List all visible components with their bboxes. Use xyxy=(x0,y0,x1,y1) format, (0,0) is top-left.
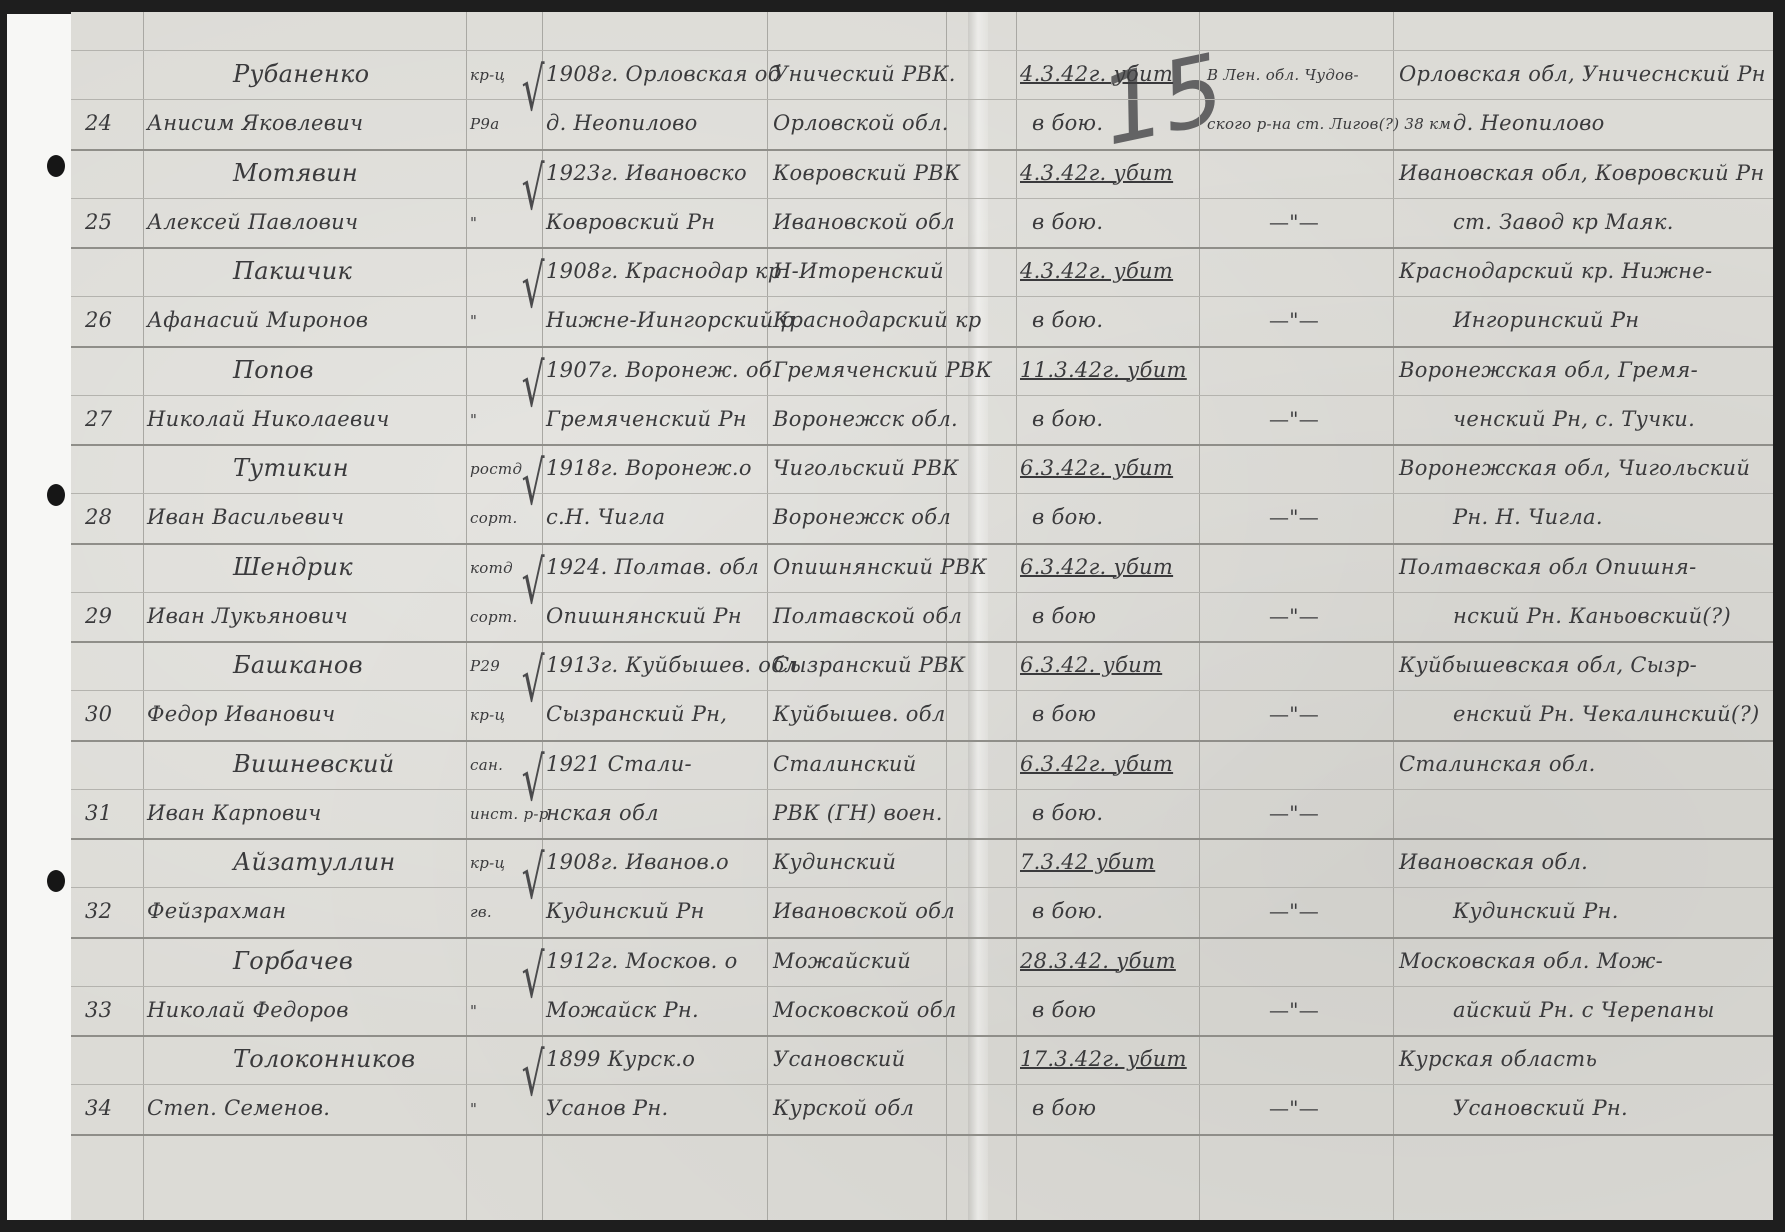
row-number: 25 xyxy=(85,212,112,233)
given-name: Николай Федоров xyxy=(147,1000,349,1021)
drafted-line-1: Сталинский xyxy=(773,754,917,775)
column-rule xyxy=(466,12,467,1220)
row-number: 24 xyxy=(85,113,112,134)
rank-line-2: кр-ц xyxy=(470,708,505,723)
drafted-line-2: Воронежск обл. xyxy=(773,409,958,430)
death-line-1: 17.3.42г. убит xyxy=(1020,1049,1187,1070)
drafted-line-1: Сызранский РВК xyxy=(773,655,965,676)
given-name: Алексей Павлович xyxy=(147,212,358,233)
birth-line-2: Усанов Рн. xyxy=(546,1098,668,1119)
checkmark-icon: √ xyxy=(522,947,545,1007)
top-rule xyxy=(71,50,1773,51)
death-line-1: 28.3.42. убит xyxy=(1020,951,1176,972)
address-line-1: Курская область xyxy=(1399,1049,1597,1070)
row-number: 29 xyxy=(85,606,112,627)
birth-line-1: 1899 Курск.о xyxy=(546,1049,695,1070)
birth-line-2: Можайск Рн. xyxy=(546,1000,699,1021)
row-number: 28 xyxy=(85,507,112,528)
given-name: Иван Васильевич xyxy=(147,507,344,528)
ditto-mark: —"— xyxy=(1269,606,1319,626)
row-rule xyxy=(71,395,1773,396)
drafted-line-2: Московской обл xyxy=(773,1000,957,1021)
address-line-1: Ивановская обл, Ковровский Рн xyxy=(1399,163,1764,184)
checkmark-icon: √ xyxy=(522,159,545,219)
death-line-1: 4.3.42г. убит xyxy=(1020,163,1173,184)
column-rule xyxy=(1016,12,1017,1220)
death-line-1: 6.3.42г. убит xyxy=(1020,754,1173,775)
scan-margin-strip xyxy=(7,14,71,1220)
ditto-mark: —"— xyxy=(1269,1000,1319,1020)
birth-line-1: 1921 Стали- xyxy=(546,754,692,775)
address-line-2: ченский Рн, с. Тучки. xyxy=(1453,409,1695,430)
birth-line-1: 1912г. Москов. о xyxy=(546,951,738,972)
rank-line-1: кр-ц xyxy=(470,856,505,871)
rank-line-2: сорт. xyxy=(470,511,518,526)
row-rule xyxy=(71,198,1773,199)
row-divider xyxy=(71,740,1773,742)
address-line-2: енский Рн. Чекалинский(?) xyxy=(1453,704,1760,725)
rank-line-1: Р29 xyxy=(470,659,500,674)
page-fold xyxy=(968,12,988,1220)
address-line-1: Краснодарский кр. Нижне- xyxy=(1399,261,1712,282)
checkmark-icon: √ xyxy=(522,60,545,120)
rank-line-2: сорт. xyxy=(470,610,518,625)
row-number: 31 xyxy=(85,803,112,824)
ditto-mark: —"— xyxy=(1269,901,1319,921)
address-line-2: ст. Завод кр Маяк. xyxy=(1453,212,1674,233)
death-line-1: 11.3.42г. убит xyxy=(1020,360,1187,381)
death-line-2: в бою. xyxy=(1032,901,1103,922)
row-divider xyxy=(71,346,1773,348)
rank-line-2: Р9а xyxy=(470,117,499,132)
column-rule xyxy=(1393,12,1394,1220)
surname: Айзатуллин xyxy=(233,850,396,874)
drafted-line-2: Ивановской обл xyxy=(773,212,955,233)
punch-hole xyxy=(47,870,65,892)
given-name: Иван Карпович xyxy=(147,803,322,824)
row-divider xyxy=(71,1035,1773,1037)
row-rule xyxy=(71,887,1773,888)
rank-line-2: " xyxy=(470,1004,477,1019)
address-line-2: Ингоринский Рн xyxy=(1453,310,1639,331)
birth-line-2: с.Н. Чигла xyxy=(546,507,665,528)
birth-line-1: 1908г. Орловская об xyxy=(546,64,781,85)
column-rule xyxy=(767,12,768,1220)
row-rule xyxy=(71,493,1773,494)
birth-line-2: Кудинский Рн xyxy=(546,901,705,922)
punch-hole xyxy=(47,484,65,506)
death-line-2: в бою. xyxy=(1032,803,1103,824)
drafted-line-2: Полтавской обл xyxy=(773,606,962,627)
drafted-line-1: Унический РВК. xyxy=(773,64,956,85)
death-line-1: 4.3.42г. убит xyxy=(1020,261,1173,282)
birth-line-2: Ковровский Рн xyxy=(546,212,715,233)
burial-line-2: ского р-на ст. Лигов(?) 38 км xyxy=(1207,117,1451,132)
birth-line-1: 1913г. Куйбышев. обл xyxy=(546,655,798,676)
row-rule xyxy=(71,1084,1773,1085)
given-name: Фейзрахман xyxy=(147,901,286,922)
drafted-line-2: РВК (ГН) воен. xyxy=(773,803,943,824)
address-line-1: Воронежская обл, Чигольский xyxy=(1399,458,1750,479)
row-divider xyxy=(71,543,1773,545)
given-name: Иван Лукьянович xyxy=(147,606,348,627)
death-line-2: в бою xyxy=(1032,1000,1096,1021)
rank-line-1: сан. xyxy=(470,758,503,773)
birth-line-2: Нижне-Иингорский р xyxy=(546,310,794,331)
address-line-1: Куйбышевская обл, Сызр- xyxy=(1399,655,1697,676)
checkmark-icon: √ xyxy=(522,651,545,711)
address-line-1: Полтавская обл Опишня- xyxy=(1399,557,1696,578)
death-line-1: 6.3.42г. убит xyxy=(1020,458,1173,479)
given-name: Степ. Семенов. xyxy=(147,1098,330,1119)
birth-line-1: 1907г. Воронеж. об xyxy=(546,360,772,381)
address-line-2: Усановский Рн. xyxy=(1453,1098,1628,1119)
punch-hole xyxy=(47,155,65,177)
rank-line-1: кр-ц xyxy=(470,68,505,83)
address-line-2: айский Рн. с Черепаны xyxy=(1453,1000,1715,1021)
ditto-mark: —"— xyxy=(1269,704,1319,724)
birth-line-2: Гремяченский Рн xyxy=(546,409,747,430)
ditto-mark: —"— xyxy=(1269,212,1319,232)
rank-line-2: " xyxy=(470,1102,477,1117)
row-rule xyxy=(71,592,1773,593)
drafted-line-1: Гремяченский РВК xyxy=(773,360,992,381)
surname: Башканов xyxy=(233,653,363,677)
checkmark-icon: √ xyxy=(522,848,545,908)
surname: Горбачев xyxy=(233,949,353,973)
checkmark-icon: √ xyxy=(522,553,545,613)
burial-line-1: В Лен. обл. Чудов- xyxy=(1207,68,1359,83)
death-line-1: 7.3.42 убит xyxy=(1020,852,1155,873)
drafted-line-1: Усановский xyxy=(773,1049,906,1070)
birth-line-2: нская обл xyxy=(546,803,659,824)
ditto-mark: —"— xyxy=(1269,1098,1319,1118)
death-line-2: в бою. xyxy=(1032,507,1103,528)
row-number: 30 xyxy=(85,704,112,725)
drafted-line-1: Можайский xyxy=(773,951,911,972)
drafted-line-1: Кудинский xyxy=(773,852,896,873)
checkmark-icon: √ xyxy=(522,257,545,317)
birth-line-1: 1908г. Иванов.о xyxy=(546,852,729,873)
ditto-mark: —"— xyxy=(1269,409,1319,429)
drafted-line-2: Курской обл xyxy=(773,1098,914,1119)
death-line-1: 4.3.42г. убит xyxy=(1020,64,1173,85)
row-divider xyxy=(71,937,1773,939)
given-name: Николай Николаевич xyxy=(147,409,390,430)
row-number: 26 xyxy=(85,310,112,331)
drafted-line-1: Н-Иторенский xyxy=(773,261,944,282)
surname: Пакшчик xyxy=(233,259,352,283)
ditto-mark: —"— xyxy=(1269,507,1319,527)
address-line-2: д. Неопилово xyxy=(1453,113,1605,134)
ditto-mark: —"— xyxy=(1269,803,1319,823)
death-line-2: в бою. xyxy=(1032,113,1103,134)
address-line-2: Рн. Н. Чигла. xyxy=(1453,507,1603,528)
column-rule xyxy=(143,12,144,1220)
death-line-1: 6.3.42г. убит xyxy=(1020,557,1173,578)
drafted-line-2: Куйбышев. обл xyxy=(773,704,946,725)
death-line-2: в бою. xyxy=(1032,409,1103,430)
given-name: Афанасий Миронов xyxy=(147,310,368,331)
row-number: 33 xyxy=(85,1000,112,1021)
given-name: Федор Иванович xyxy=(147,704,335,725)
birth-line-1: 1924. Полтав. обл xyxy=(546,557,759,578)
row-rule xyxy=(71,99,1773,100)
address-line-2: нский Рн. Каньовский(?) xyxy=(1453,606,1731,627)
row-divider xyxy=(71,444,1773,446)
drafted-line-2: Орловской обл. xyxy=(773,113,949,134)
address-line-2: Кудинский Рн. xyxy=(1453,901,1619,922)
death-line-2: в бою. xyxy=(1032,212,1103,233)
row-number: 32 xyxy=(85,901,112,922)
checkmark-icon: √ xyxy=(522,356,545,416)
row-number: 34 xyxy=(85,1098,112,1119)
row-divider xyxy=(71,1134,1773,1136)
birth-line-2: д. Неопилово xyxy=(546,113,698,134)
death-line-2: в бою xyxy=(1032,606,1096,627)
birth-line-1: 1908г. Краснодар кр xyxy=(546,261,782,282)
surname: Тутикин xyxy=(233,456,349,480)
ditto-mark: —"— xyxy=(1269,310,1319,330)
row-rule xyxy=(71,690,1773,691)
address-line-1: Ивановская обл. xyxy=(1399,852,1588,873)
drafted-line-2: Воронежск обл xyxy=(773,507,951,528)
row-divider xyxy=(71,247,1773,249)
birth-line-1: 1923г. Ивановско xyxy=(546,163,747,184)
address-line-1: Орловская обл, Уничеснский Рн xyxy=(1399,64,1766,85)
surname: Вишневский xyxy=(233,752,395,776)
address-line-1: Московская обл. Мож- xyxy=(1399,951,1663,972)
row-rule xyxy=(71,296,1773,297)
row-rule xyxy=(71,986,1773,987)
given-name: Анисим Яковлевич xyxy=(147,113,363,134)
death-line-2: в бою xyxy=(1032,704,1096,725)
rank-line-2: " xyxy=(470,216,477,231)
address-line-1: Воронежская обл, Гремя- xyxy=(1399,360,1698,381)
birth-line-1: 1918г. Воронеж.о xyxy=(546,458,752,479)
checkmark-icon: √ xyxy=(522,750,545,810)
row-number: 27 xyxy=(85,409,112,430)
birth-line-2: Опишнянский Рн xyxy=(546,606,742,627)
surname: Толоконников xyxy=(233,1047,415,1071)
row-rule xyxy=(71,789,1773,790)
drafted-line-2: Краснодарский кр xyxy=(773,310,982,331)
rank-line-1: котд xyxy=(470,561,513,576)
rank-line-2: " xyxy=(470,314,477,329)
surname: Шендрик xyxy=(233,555,353,579)
death-line-2: в бою xyxy=(1032,1098,1096,1119)
death-line-2: в бою. xyxy=(1032,310,1103,331)
checkmark-icon: √ xyxy=(522,454,545,514)
rank-line-2: гв. xyxy=(470,905,492,920)
drafted-line-1: Опишнянский РВК xyxy=(773,557,987,578)
register-page: 15 24РубаненкоАнисим Яковлевичкр-цР9а190… xyxy=(71,12,1773,1220)
rank-line-2: " xyxy=(470,413,477,428)
birth-line-2: Сызранский Рн, xyxy=(546,704,727,725)
surname: Мотявин xyxy=(233,161,358,185)
death-line-1: 6.3.42. убит xyxy=(1020,655,1162,676)
column-rule xyxy=(1199,12,1200,1220)
row-divider xyxy=(71,641,1773,643)
checkmark-icon: √ xyxy=(522,1045,545,1105)
row-divider xyxy=(71,838,1773,840)
row-divider xyxy=(71,149,1773,151)
drafted-line-1: Чигольский РВК xyxy=(773,458,959,479)
drafted-line-2: Ивановской обл xyxy=(773,901,955,922)
drafted-line-1: Ковровский РВК xyxy=(773,163,960,184)
surname: Попов xyxy=(233,358,314,382)
address-line-1: Сталинская обл. xyxy=(1399,754,1596,775)
surname: Рубаненко xyxy=(233,62,369,86)
rank-line-1: ростд xyxy=(470,462,522,477)
